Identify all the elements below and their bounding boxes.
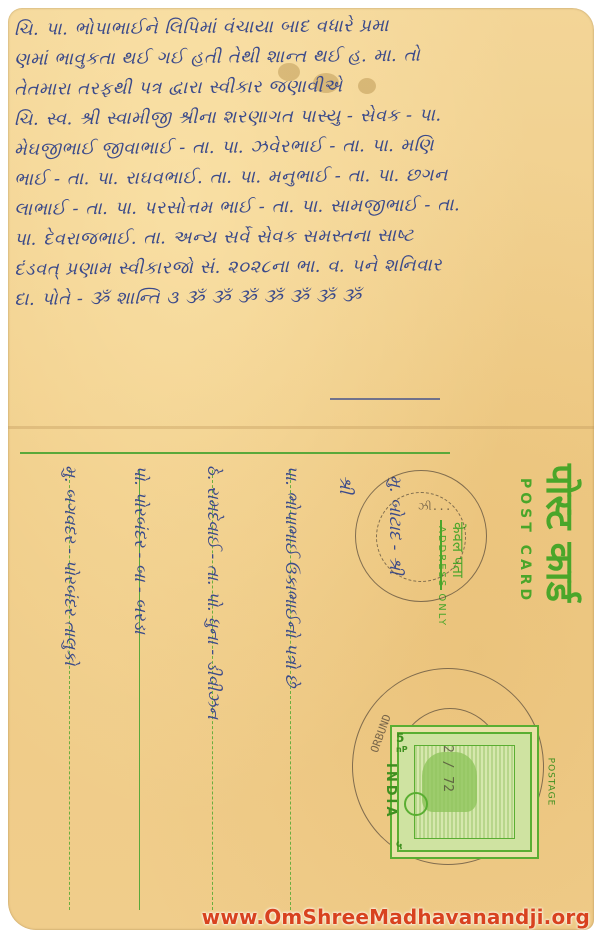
stamp-denomination: 5 (396, 731, 404, 745)
post-card-title-english: POST CARD (517, 478, 533, 604)
postmark-text: ઝી... (418, 500, 452, 514)
letter-line: દા. પોતે - ૐ શાન્તિ ૩ ૐ ૐ ૐ ૐ ૐ ૐ ૐ (14, 279, 584, 315)
card-fold-line (8, 426, 594, 429)
address-column: મુ. બગવદર - પોરબંદર તાલુકો (55, 470, 85, 910)
dharma-chakra-icon (404, 792, 428, 816)
address-line: ઠે. રામદેવાઈ - તા. પો. ધુના - ડીવીઝન (203, 465, 223, 895)
postage-stamp: INDIA 5 nP ५ POSTAGE (390, 725, 539, 859)
postmark-date: 2 / 72 (440, 745, 455, 792)
website-watermark: www.OmShreeMadhavanandji.org (202, 905, 590, 929)
stamp-denomination-hindi: ५ (396, 836, 402, 853)
address-line: પા. ભોપાભાઈ ઉકાભાઈનો પત્રો છે (281, 465, 301, 895)
address-line: મુ. બગવદર - પોરબંદર તાલુકો (60, 465, 80, 895)
stamp-unit: nP (396, 745, 408, 754)
stamp-country: INDIA (383, 763, 398, 819)
signature-underline (330, 398, 440, 400)
address-column: પા. ભોપાભાઈ ઉકાભાઈનો પત્રો છે (276, 470, 306, 910)
address-section-border (20, 452, 450, 454)
stamp-postage-label: POSTAGE (546, 758, 556, 807)
address-salutation: શ્રી (335, 475, 355, 595)
handwritten-letter: ચિ. પા. ભોપાભાઈને લિપિમાં વંચાયા બાદ વધા… (14, 12, 584, 312)
address-column: પો. પોરબંદર - બા - બરડા (125, 470, 155, 910)
address-line: પો. પોરબંદર - બા - બરડા (130, 465, 150, 895)
address-column: ઠે. રામદેવાઈ - તા. પો. ધુના - ડીવીઝન (198, 470, 228, 910)
post-card-title-hindi: पोस्ट कार्ड (535, 464, 587, 602)
